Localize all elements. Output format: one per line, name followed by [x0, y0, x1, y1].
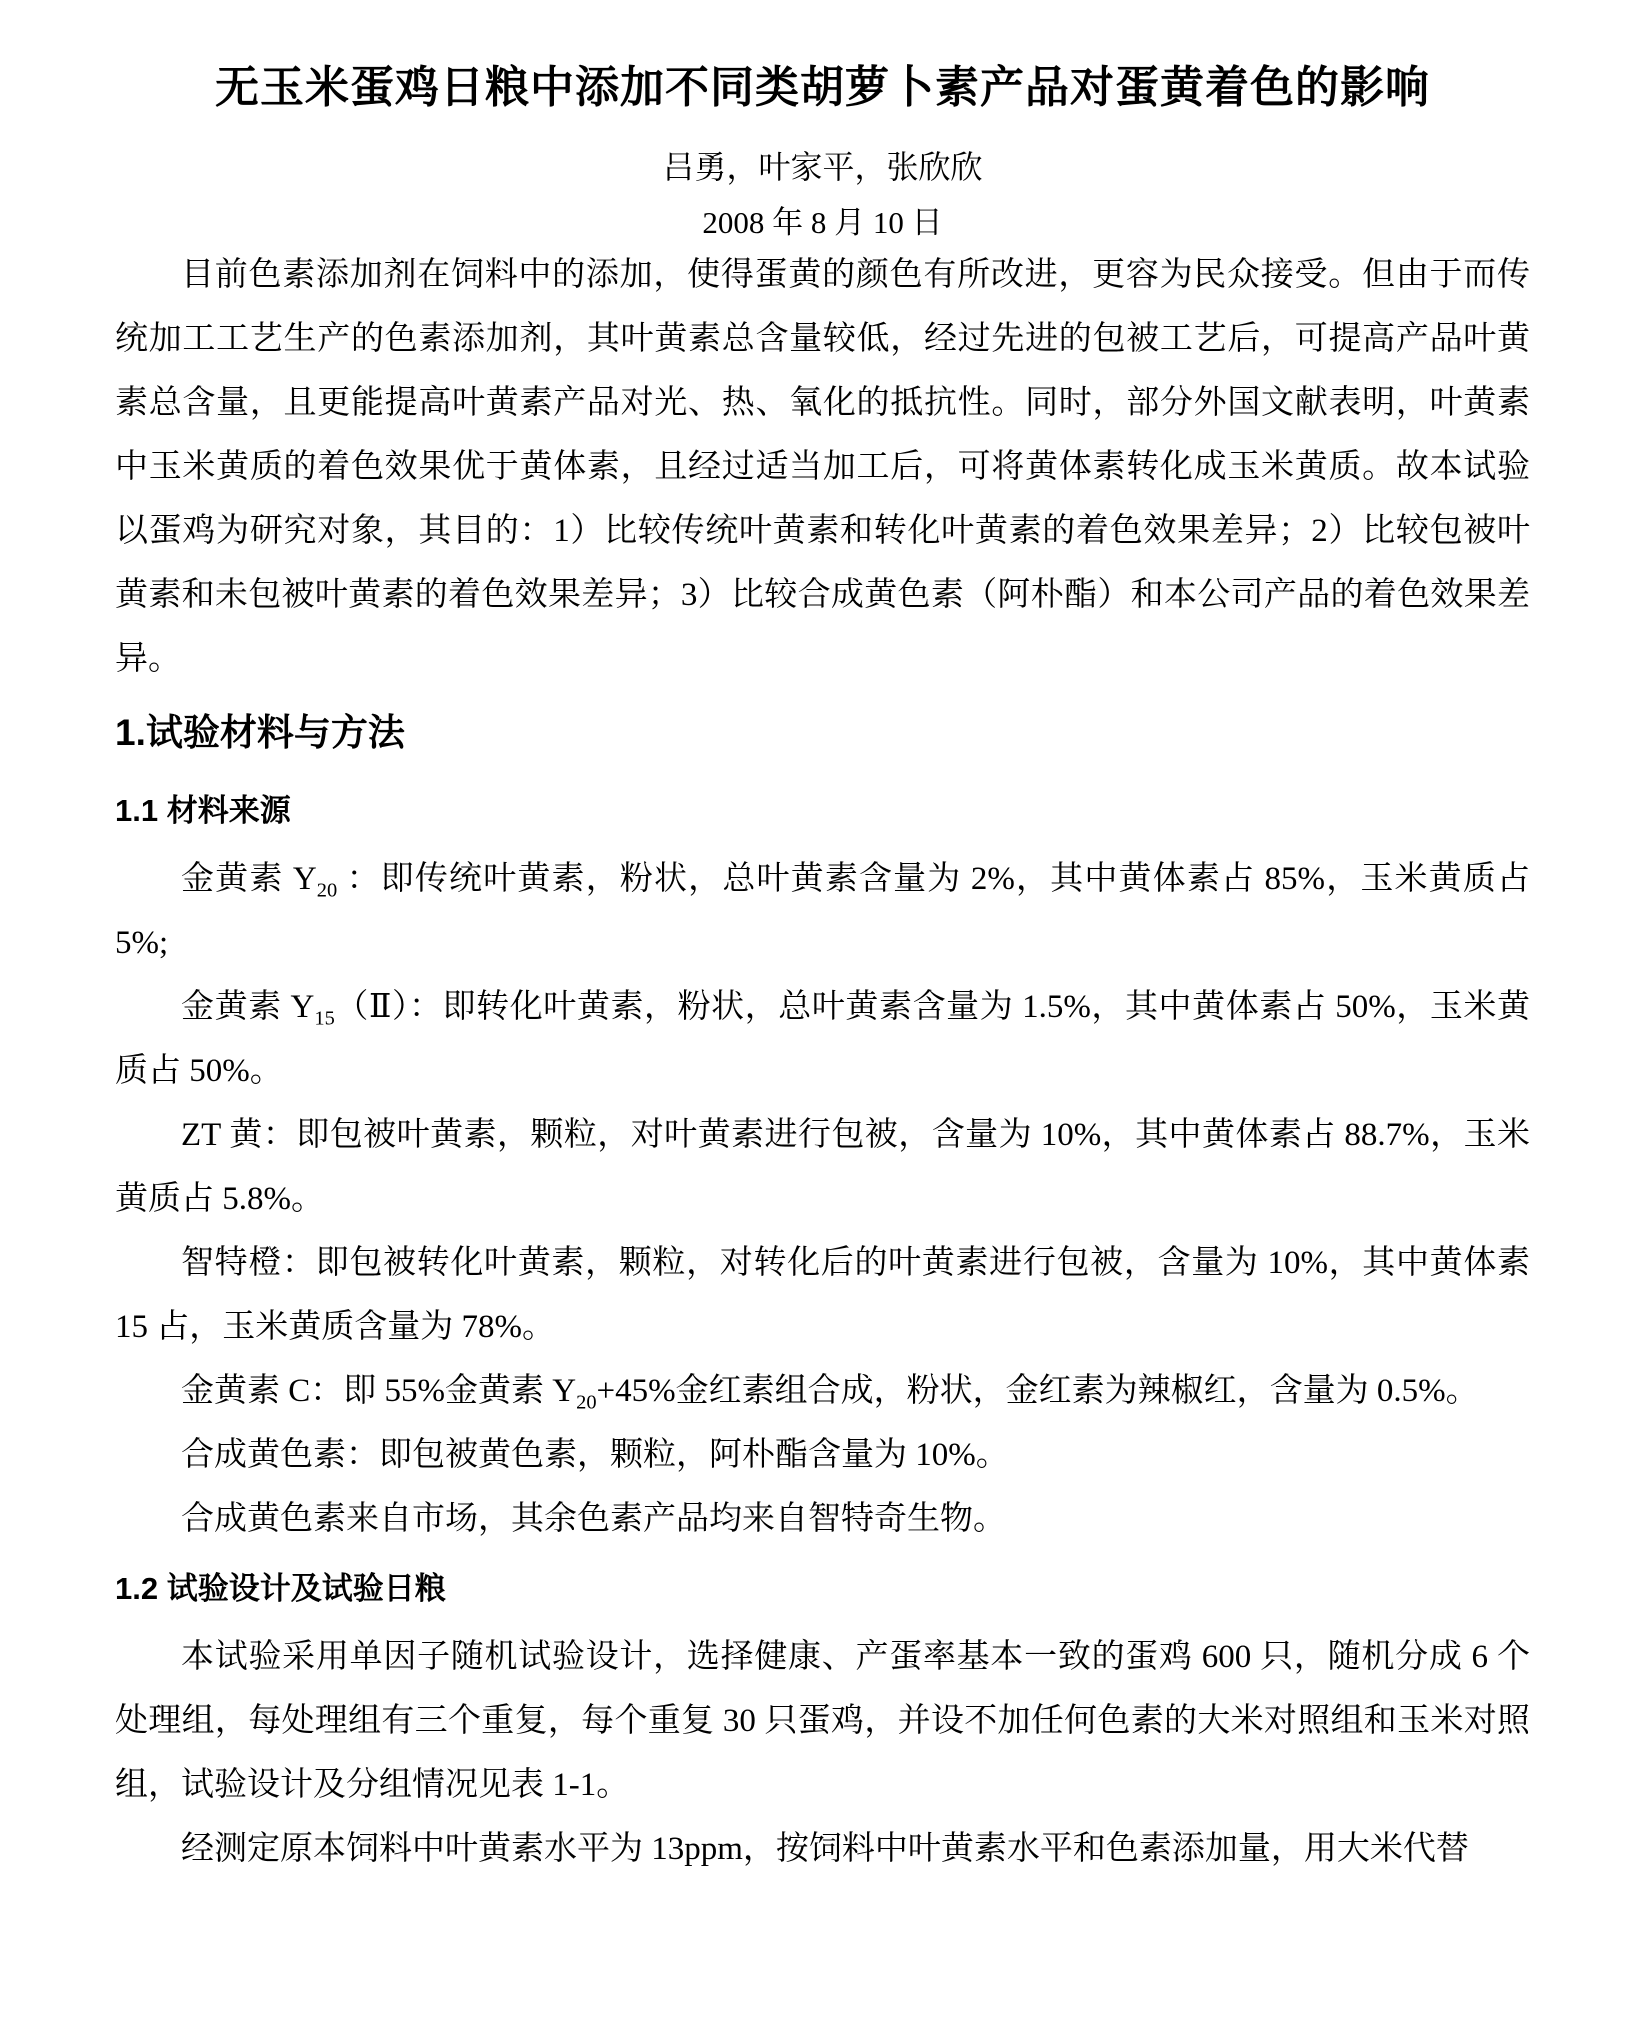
- paragraph-synthetic-yellow: 合成黄色素：即包被黄色素，颗粒，阿朴酯含量为 10%。: [115, 1423, 1530, 1487]
- y15-subscript: 15: [314, 1008, 334, 1030]
- paragraph-lutein-level: 经测定原本饲料中叶黄素水平为 13ppm，按饲料中叶黄素水平和色素添加量，用大米…: [115, 1817, 1530, 1881]
- paragraph-zhite-orange: 智特橙：即包被转化叶黄素，颗粒，对转化后的叶黄素进行包被，含量为 10%，其中黄…: [115, 1231, 1530, 1359]
- section-1-heading: 1.试验材料与方法: [115, 703, 1530, 763]
- paragraph-zt-yellow: ZT 黄：即包被叶黄素，颗粒，对叶黄素进行包被，含量为 10%，其中黄体素占 8…: [115, 1103, 1530, 1231]
- paragraph-jinhuangsu-y20: 金黄素 Y20 ：即传统叶黄素，粉状，总叶黄素含量为 2%，其中黄体素占 85%…: [115, 847, 1530, 975]
- paragraph-jinhuangsu-y15: 金黄素 Y15（Ⅱ）：即转化叶黄素，粉状，总叶黄素含量为 1.5%，其中黄体素占…: [115, 975, 1530, 1103]
- paragraph-jinhuangsu-c: 金黄素 C：即 55%金黄素 Y20+45%金红素组合成，粉状，金红素为辣椒红，…: [115, 1359, 1530, 1423]
- y20-text-post: ：即传统叶黄素，粉状，总叶黄素含量为 2%，其中黄体素占 85%，玉米黄质占 5…: [115, 861, 1530, 961]
- document-page: 无玉米蛋鸡日粮中添加不同类胡萝卜素产品对蛋黄着色的影响 吕勇，叶家平，张欣欣 2…: [0, 0, 1648, 2024]
- y20-text-pre: 金黄素 Y: [181, 861, 317, 897]
- y15-text-post: （Ⅱ）：即转化叶黄素，粉状，总叶黄素含量为 1.5%，其中黄体素占 50%，玉米…: [115, 989, 1530, 1089]
- intro-paragraph: 目前色素添加剂在饲料中的添加，使得蛋黄的颜色有所改进，更容为民众接受。但由于而传…: [115, 243, 1530, 691]
- paragraph-experiment-design: 本试验采用单因子随机试验设计，选择健康、产蛋率基本一致的蛋鸡 600 只，随机分…: [115, 1625, 1530, 1817]
- y20-subscript: 20: [317, 880, 337, 902]
- paper-title: 无玉米蛋鸡日粮中添加不同类胡萝卜素产品对蛋黄着色的影响: [115, 55, 1530, 121]
- c-text-post: +45%金红素组合成，粉状，金红素为辣椒红，含量为 0.5%。: [597, 1373, 1479, 1409]
- authors-line: 吕勇，叶家平，张欣欣: [115, 145, 1530, 189]
- paragraph-pigment-source: 合成黄色素来自市场，其余色素产品均来自智特奇生物。: [115, 1487, 1530, 1551]
- section-1-2-heading: 1.2 试验设计及试验日粮: [115, 1559, 1530, 1619]
- y15-text-pre: 金黄素 Y: [181, 989, 314, 1025]
- section-1-1-heading: 1.1 材料来源: [115, 781, 1530, 841]
- c-y20-subscript: 20: [576, 1392, 596, 1414]
- c-text-pre: 金黄素 C：即 55%金黄素 Y: [181, 1373, 576, 1409]
- date-line: 2008 年 8 月 10 日: [115, 203, 1530, 243]
